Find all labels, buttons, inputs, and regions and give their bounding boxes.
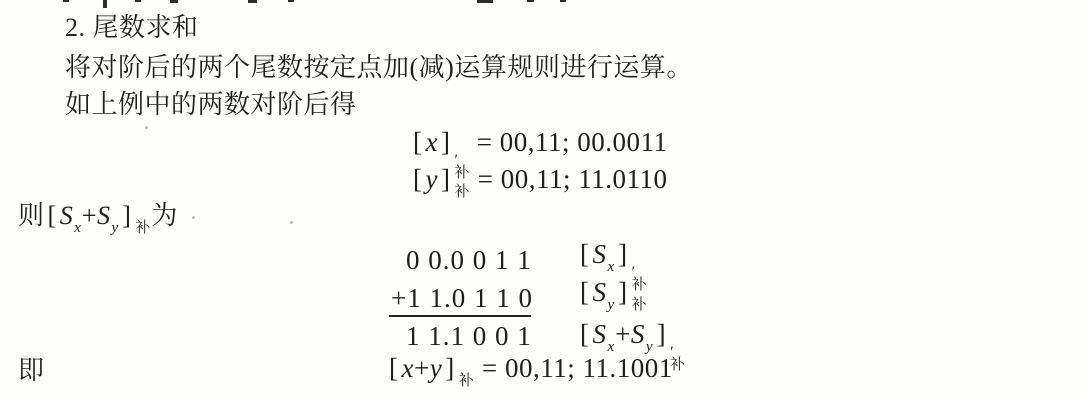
- right-bracket: ]: [442, 353, 458, 383]
- scan-speck: [192, 216, 195, 219]
- cropped-text-fragment: [288, 0, 294, 2]
- variable-y: y: [426, 164, 438, 194]
- addend-row-sx: 0 0.0 0 1 1: [406, 244, 532, 278]
- cropped-text-fragment: [103, 0, 107, 8]
- equation-x-rhs: = 00,11; 00.0011: [477, 127, 668, 157]
- variable-x: x: [426, 127, 438, 157]
- cropped-text-fragment: [248, 0, 257, 3]
- left-bracket: [: [386, 353, 402, 383]
- bu-subscript: 补: [134, 220, 151, 236]
- result-row: 1 1.1 0 0 1: [406, 320, 532, 354]
- equation-result: [x+y]补 = 00,11; 11.1001: [386, 352, 673, 391]
- variable-S: S: [60, 201, 74, 230]
- paragraph-rule-text: 将对阶后的两个尾数按定点加(减)运算规则进行运算。: [65, 53, 693, 82]
- subscript-x: x: [73, 220, 82, 236]
- left-bracket: [: [410, 164, 426, 194]
- paragraph-example: 如上例中的两数对阶后得: [65, 89, 357, 122]
- plus-sign: +: [414, 353, 430, 383]
- cropped-text-fragment: [527, 0, 534, 2]
- right-bracket: ]: [438, 164, 454, 194]
- cropped-text-fragment: [170, 0, 178, 3]
- then-prefix: 则: [18, 201, 45, 230]
- imply-prefix-text: 即: [18, 356, 45, 385]
- sum-rule-line: [389, 315, 531, 317]
- scan-speck: [290, 221, 293, 224]
- plus-sign: +: [82, 201, 97, 230]
- left-bracket: [: [577, 239, 593, 269]
- equation-result-rhs: = 00,11; 11.1001: [482, 353, 673, 383]
- left-bracket: [: [577, 319, 593, 349]
- paragraph-example-text: 如上例中的两数对阶后得: [65, 90, 357, 119]
- cropped-text-fragment: [477, 0, 493, 3]
- variable-S: S: [593, 239, 607, 269]
- equation-y-aligned: [y]补 = 00,11; 11.0110: [410, 163, 667, 202]
- label-sy: [Sy]补: [577, 276, 648, 315]
- left-bracket: [: [577, 277, 593, 307]
- sy-bits: +1 1.0 1 1 0: [391, 283, 533, 313]
- left-bracket: [: [45, 201, 60, 230]
- cropped-text-fragment: [560, 0, 566, 2]
- then-suffix: 为: [151, 201, 178, 230]
- imply-prefix: 即: [18, 355, 45, 388]
- bu-subscript: 补: [631, 297, 648, 313]
- right-bracket: ]: [615, 239, 631, 269]
- scan-speck: [145, 126, 148, 129]
- variable-y: y: [430, 353, 442, 383]
- equation-y-rhs: = 00,11; 11.0110: [478, 164, 668, 194]
- right-bracket: ]: [615, 277, 631, 307]
- paragraph-rule: 将对阶后的两个尾数按定点加(减)运算规则进行运算。: [65, 52, 693, 85]
- subscript-y: y: [111, 220, 120, 236]
- addend-row-sy: +1 1.0 1 1 0: [391, 282, 533, 316]
- scanned-textbook-page: 2. 尾数求和 将对阶后的两个尾数按定点加(减)运算规则进行运算。 如上例中的两…: [0, 0, 1085, 396]
- cropped-text-fragment: [135, 0, 141, 2]
- subscript-x: x: [607, 259, 616, 275]
- right-bracket: ]: [438, 127, 454, 157]
- bu-subscript: 补: [458, 373, 475, 389]
- right-bracket: ]: [119, 201, 134, 230]
- subscript-y: y: [607, 297, 616, 313]
- variable-S: S: [593, 277, 607, 307]
- variable-S: S: [593, 319, 607, 349]
- result-bits: 1 1.1 0 0 1: [406, 321, 532, 351]
- then-line: 则[Sx+Sy]补为: [18, 200, 178, 238]
- variable-S: S: [97, 201, 111, 230]
- right-bracket: ]: [654, 319, 670, 349]
- variable-x: x: [402, 353, 414, 383]
- section-heading: 2. 尾数求和: [65, 12, 199, 45]
- bu-subscript: 补: [453, 184, 470, 200]
- sx-bits: 0 0.0 0 1 1: [406, 245, 532, 275]
- plus-sign: +: [615, 319, 631, 349]
- cropped-text-fragment: [63, 0, 69, 2]
- left-bracket: [: [410, 127, 426, 157]
- section-heading-text: 2. 尾数求和: [65, 13, 199, 42]
- variable-S: S: [631, 319, 645, 349]
